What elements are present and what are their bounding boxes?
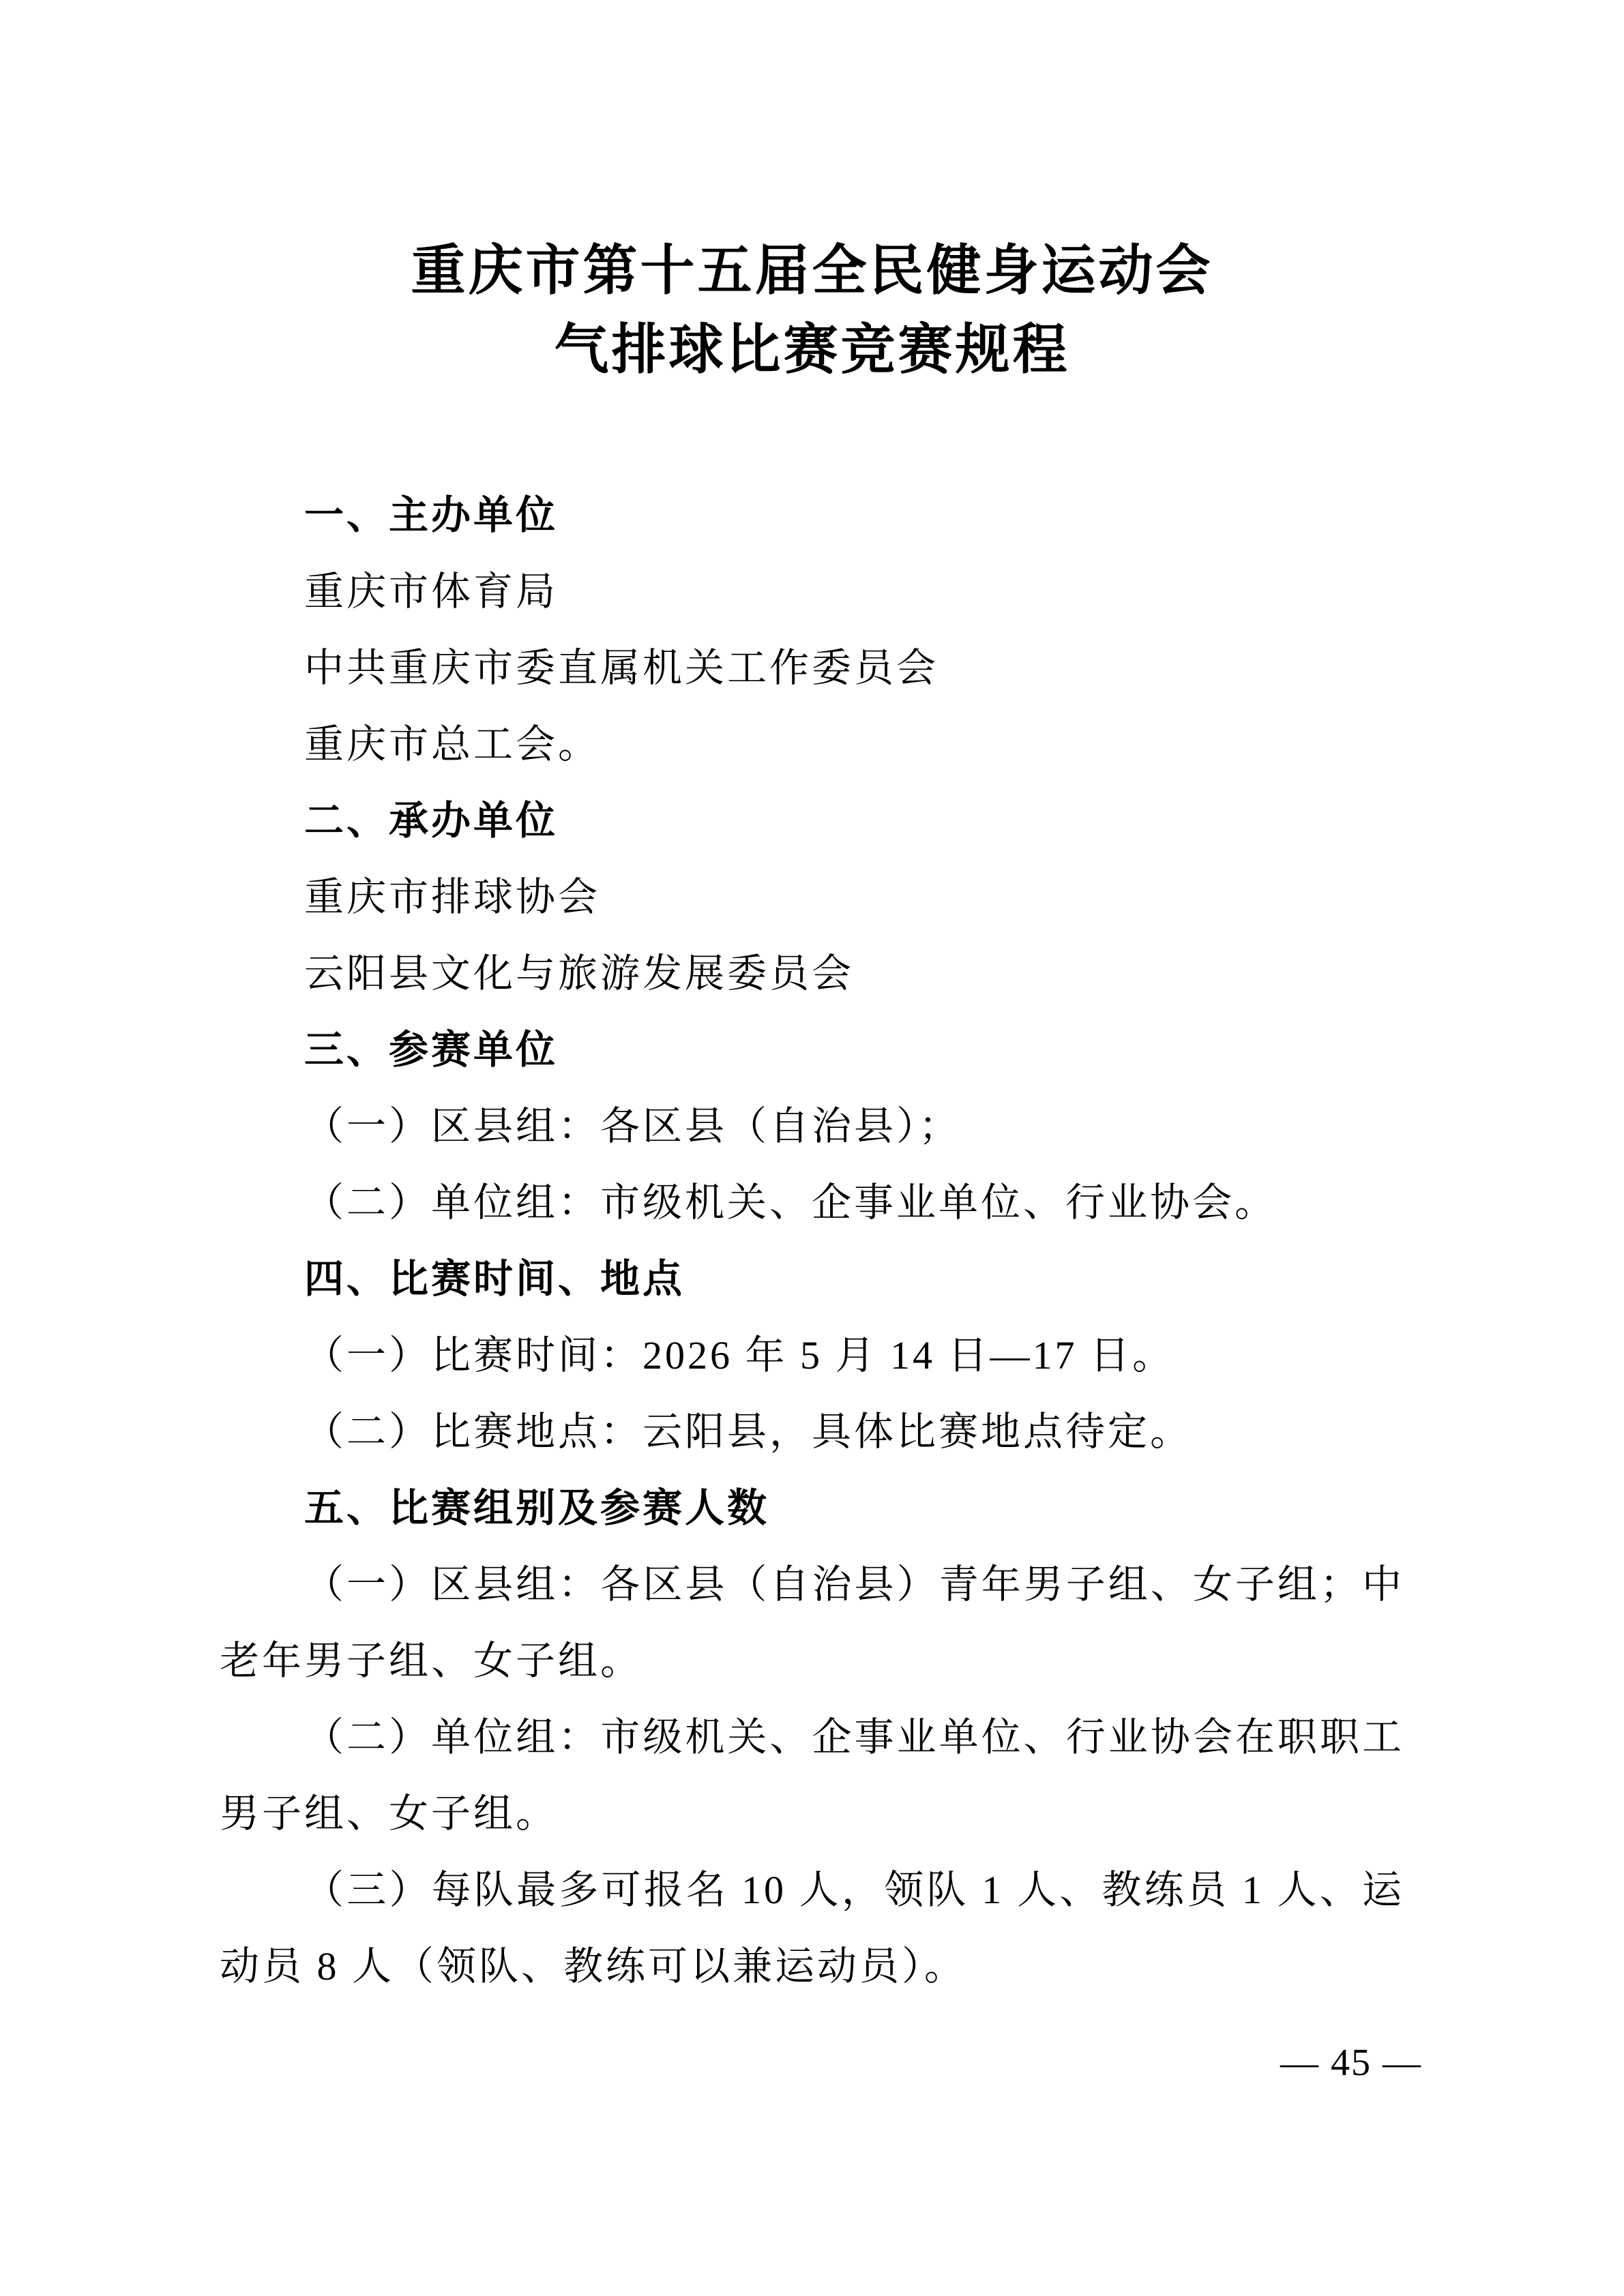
paragraph-place: （二）比赛地点：云阳县，具体比赛地点待定。 [220,1394,1404,1470]
section-heading-participants: 三、参赛单位 [220,1012,1404,1088]
document-title: 重庆市第十五届全民健身运动会 气排球比赛竞赛规程 [220,232,1404,390]
section-heading-organizer: 一、主办单位 [220,477,1404,554]
paragraph-undertaker-1: 重庆市排球协会 [220,859,1404,936]
section-heading-groups: 五、比赛组别及参赛人数 [220,1470,1404,1547]
paragraph-groups-2: （二）单位组：市级机关、企事业单位、行业协会在职职工男子组、女子组。 [220,1699,1404,1852]
paragraph-organizer-1: 重庆市体育局 [220,554,1404,630]
document-content: 重庆市第十五届全民健身运动会 气排球比赛竞赛规程 一、主办单位 重庆市体育局 中… [0,0,1624,2005]
document-title-line-1: 重庆市第十五届全民健身运动会 [220,232,1404,311]
page-number: — 45 — [1280,2039,1422,2087]
paragraph-time: （一）比赛时间：2026 年 5 月 14 日—17 日。 [220,1317,1404,1394]
paragraph-participants-1: （一）区县组：各区县（自治县）； [220,1088,1404,1165]
paragraph-undertaker-2: 云阳县文化与旅游发展委员会 [220,936,1404,1012]
document-page: 重庆市第十五届全民健身运动会 气排球比赛竞赛规程 一、主办单位 重庆市体育局 中… [0,0,1624,2296]
section-heading-undertaker: 二、承办单位 [220,783,1404,859]
paragraph-organizer-3: 重庆市总工会。 [220,706,1404,783]
document-body: 一、主办单位 重庆市体育局 中共重庆市委直属机关工作委员会 重庆市总工会。 二、… [220,477,1404,2005]
section-heading-time-place: 四、比赛时间、地点 [220,1241,1404,1317]
paragraph-organizer-2: 中共重庆市委直属机关工作委员会 [220,630,1404,706]
paragraph-participants-2: （二）单位组：市级机关、企事业单位、行业协会。 [220,1165,1404,1241]
document-title-line-2: 气排球比赛竞赛规程 [220,311,1404,390]
paragraph-groups-3: （三）每队最多可报名 10 人，领队 1 人、教练员 1 人、运动员 8 人（领… [220,1852,1404,2005]
paragraph-groups-1: （一）区县组：各区县（自治县）青年男子组、女子组；中老年男子组、女子组。 [220,1547,1404,1699]
